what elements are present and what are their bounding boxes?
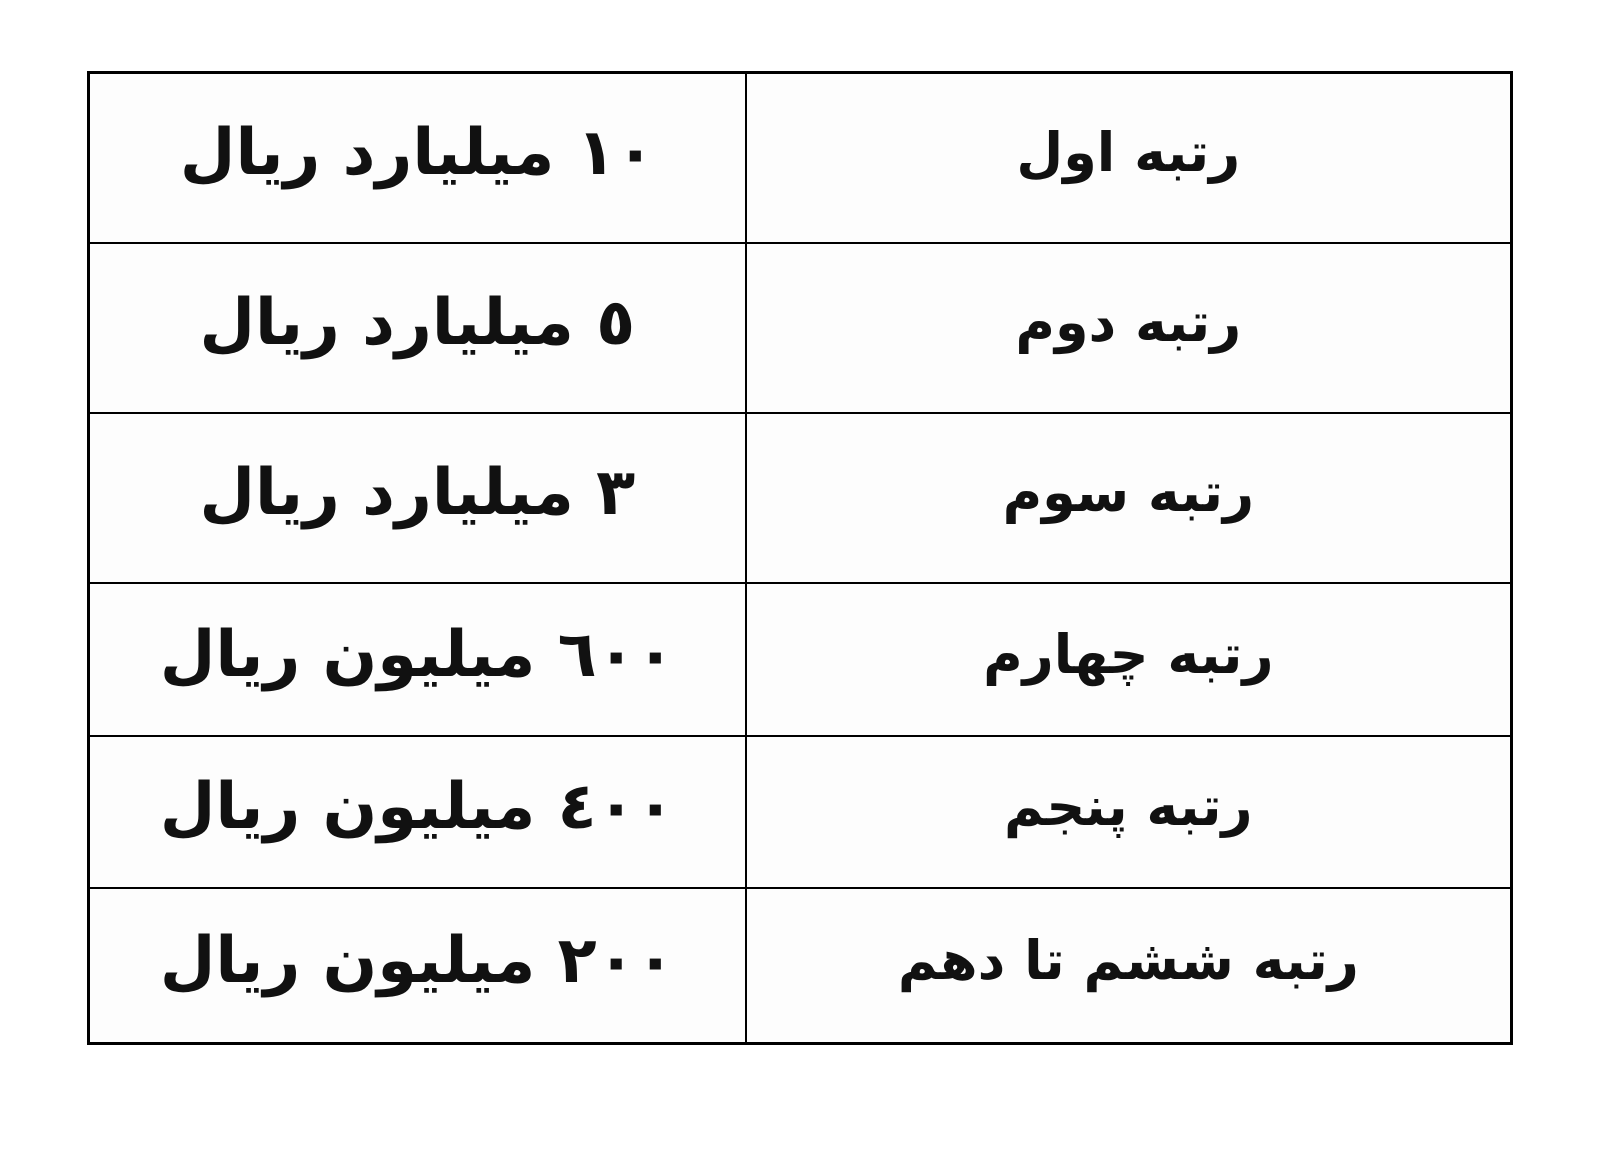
rank-cell: رتبه پنجم xyxy=(745,737,1510,887)
rank-cell: رتبه سوم xyxy=(745,414,1510,582)
rank-cell: رتبه اول xyxy=(745,74,1510,242)
page: رتبه اول ١٠ میلیارد ریال رتبه دوم ٥ میلی… xyxy=(0,0,1600,1149)
prize-cell: ٣ میلیارد ریال xyxy=(90,414,745,582)
table-row: رتبه پنجم ٤٠٠ میلیون ریال xyxy=(90,737,1510,889)
table-row: رتبه ششم تا دهم ٢٠٠ میلیون ریال xyxy=(90,889,1510,1042)
table-row: رتبه دوم ٥ میلیارد ریال xyxy=(90,244,1510,414)
prize-cell: ١٠ میلیارد ریال xyxy=(90,74,745,242)
prize-cell: ٢٠٠ میلیون ریال xyxy=(90,889,745,1042)
prize-cell: ٤٠٠ میلیون ریال xyxy=(90,737,745,887)
rank-cell: رتبه چهارم xyxy=(745,584,1510,735)
table-row: رتبه چهارم ٦٠٠ میلیون ریال xyxy=(90,584,1510,737)
rank-cell: رتبه دوم xyxy=(745,244,1510,412)
prize-cell: ٦٠٠ میلیون ریال xyxy=(90,584,745,735)
prize-table: رتبه اول ١٠ میلیارد ریال رتبه دوم ٥ میلی… xyxy=(87,71,1513,1045)
table-row: رتبه اول ١٠ میلیارد ریال xyxy=(90,74,1510,244)
table-row: رتبه سوم ٣ میلیارد ریال xyxy=(90,414,1510,584)
rank-cell: رتبه ششم تا دهم xyxy=(745,889,1510,1042)
prize-cell: ٥ میلیارد ریال xyxy=(90,244,745,412)
